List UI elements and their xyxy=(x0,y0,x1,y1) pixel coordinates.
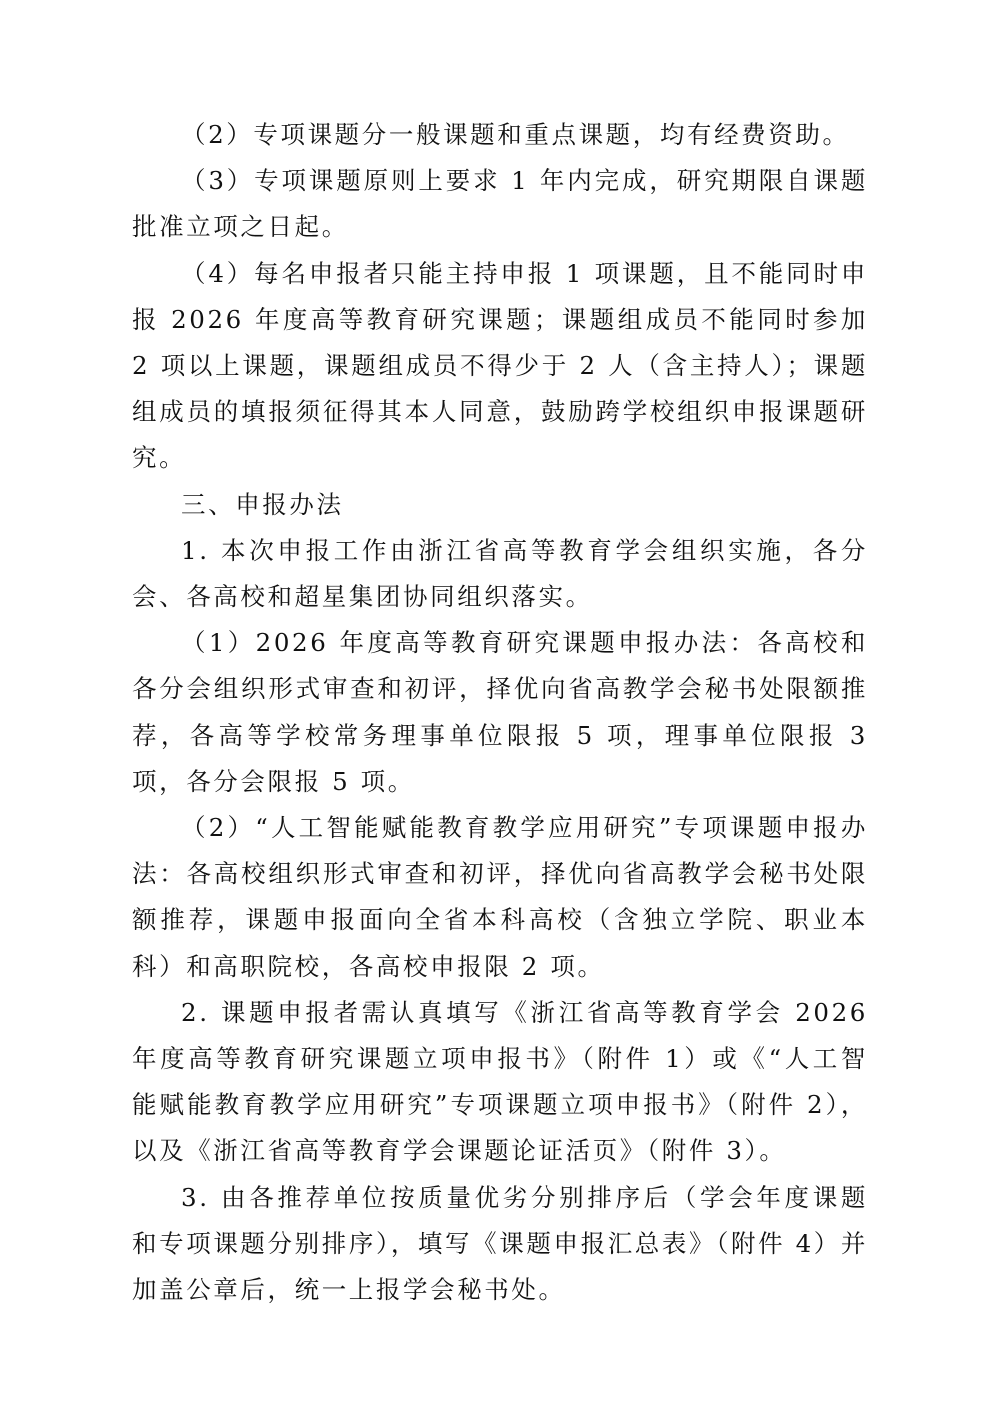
section-heading-application-method: 三、申报办法 xyxy=(132,482,868,528)
paragraph-item-2: （2）专项课题分一般课题和重点课题，均有经费资助。 xyxy=(132,112,868,158)
paragraph-item-4: （4）每名申报者只能主持申报 1 项课题，且不能同时申报 2026 年度高等教育… xyxy=(132,251,868,482)
paragraph-subpoint-1: （1）2026 年度高等教育研究课题申报办法：各高校和各分会组织形式审查和初评，… xyxy=(132,620,868,805)
document-page: （2）专项课题分一般课题和重点课题，均有经费资助。 （3）专项课题原则上要求 1… xyxy=(132,112,868,1313)
paragraph-point-2: 2. 课题申报者需认真填写《浙江省高等教育学会 2026 年度高等教育研究课题立… xyxy=(132,990,868,1175)
paragraph-point-3: 3. 由各推荐单位按质量优劣分别排序后（学会年度课题和专项课题分别排序），填写《… xyxy=(132,1175,868,1314)
paragraph-subpoint-2: （2）“人工智能赋能教育教学应用研究”专项课题申报办法：各高校组织形式审查和初评… xyxy=(132,805,868,990)
paragraph-point-1: 1. 本次申报工作由浙江省高等教育学会组织实施，各分会、各高校和超星集团协同组织… xyxy=(132,528,868,620)
paragraph-item-3: （3）专项课题原则上要求 1 年内完成，研究期限自课题批准立项之日起。 xyxy=(132,158,868,250)
